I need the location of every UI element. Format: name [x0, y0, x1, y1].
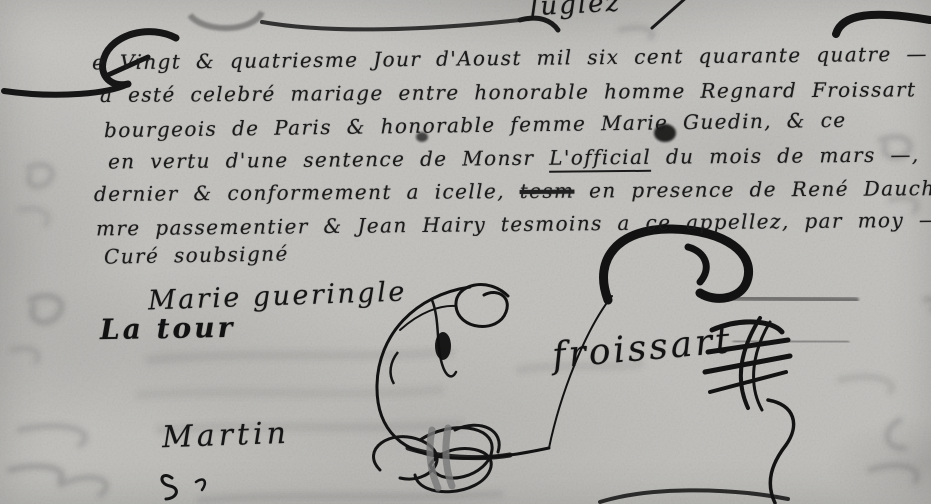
- record-line-5: dernier & conformement a icelle, tesm en…: [94, 176, 931, 206]
- record-line-7: Curé soubsigné: [104, 241, 289, 268]
- record-line-1: e Vingt & quatriesme Jour d'Aoust mil si…: [92, 42, 928, 75]
- record-line-5-end: en presence de René Dauchy: [574, 176, 931, 203]
- record-line-4-official-underlined: L'official: [549, 145, 651, 173]
- record-line-3: bourgeois de Paris & honorable femme Mar…: [104, 108, 847, 142]
- bride-signature-flourish: [391, 300, 456, 384]
- manuscript-page: Juglez e Vingt & quatriesme Jour d'Aoust…: [0, 0, 931, 504]
- top-right-bracket-stroke: [836, 15, 930, 34]
- record-line-2: a esté celebré mariage entre honorable h…: [100, 77, 931, 107]
- record-line-4-end: du mois de mars —,: [651, 142, 920, 168]
- groom-signature: froissart: [551, 320, 735, 377]
- record-line-4: en vertu d'une sentence de Monsr L'offic…: [108, 142, 920, 173]
- top-swash-stroke: [262, 0, 688, 30]
- record-line-5-start: dernier & conformement a icelle,: [94, 179, 520, 206]
- bride-signature-line-1: Marie gueringle: [148, 276, 408, 316]
- top-smudge-ring: [190, 12, 262, 28]
- record-line-4-start: en vertu d'une sentence de Monsr: [108, 146, 549, 174]
- record-line-5-struck-word: tesm: [520, 179, 575, 203]
- header-fragment-text: Juglez: [527, 0, 622, 22]
- bride-signature-line-2: La tour: [100, 311, 236, 346]
- record-line-6: mre passementier & Jean Hairy tesmoins a…: [96, 208, 931, 241]
- witness-signature: Martin: [161, 416, 290, 455]
